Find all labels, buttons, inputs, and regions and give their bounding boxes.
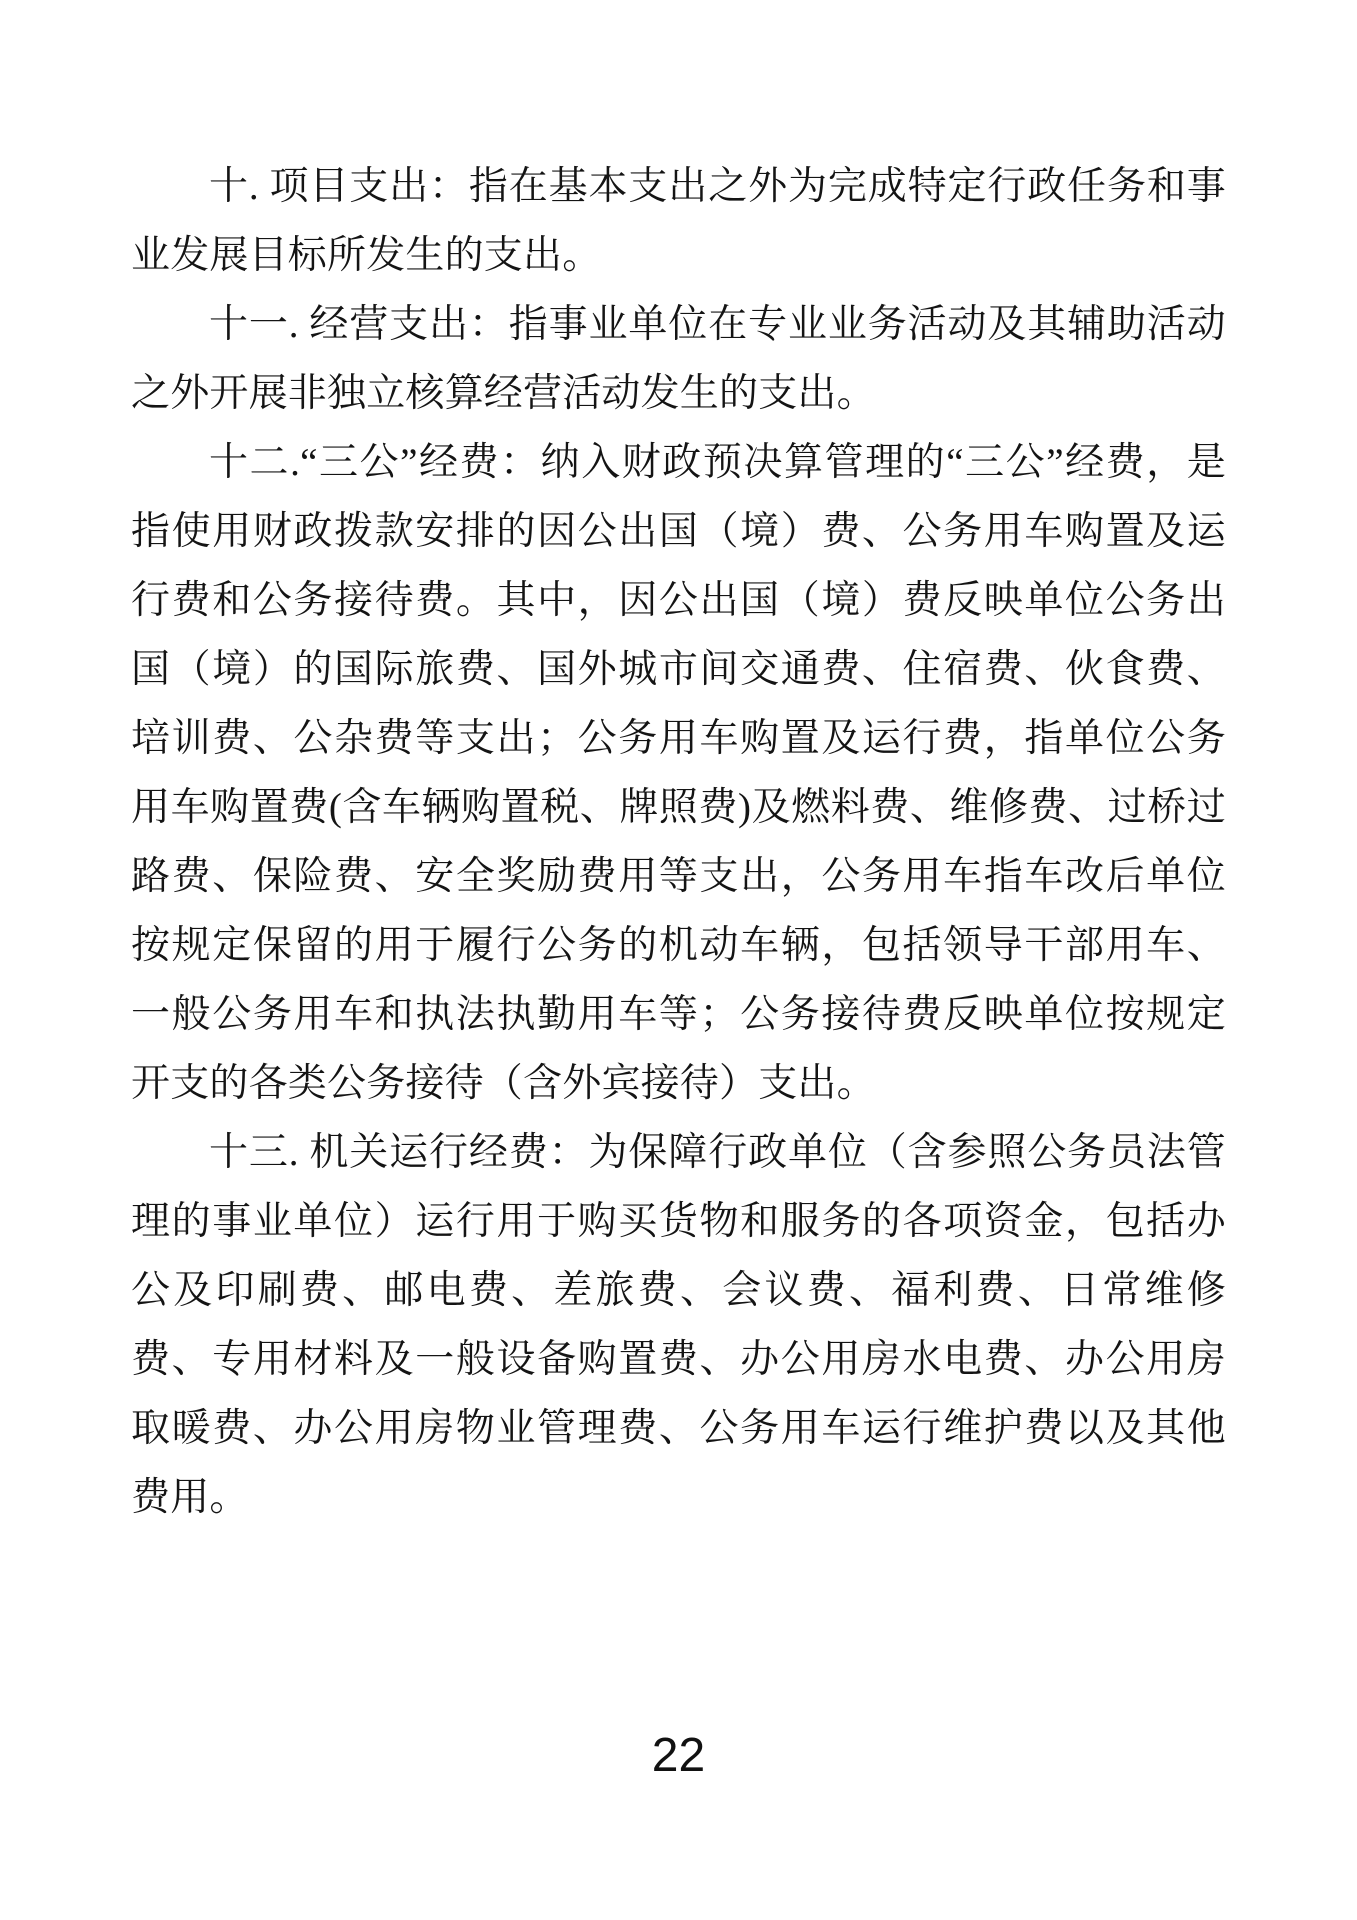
- paragraph-item-12: 十二.“三公”经费：纳入财政预决算管理的“三公”经费，是指使用财政拨款安排的因公…: [131, 428, 1226, 1118]
- document-text-block: 十. 项目支出：指在基本支出之外为完成特定行政任务和事业发展目标所发生的支出。 …: [131, 152, 1226, 1532]
- paragraph-item-11: 十一. 经营支出：指事业单位在专业业务活动及其辅助活动之外开展非独立核算经营活动…: [131, 290, 1226, 428]
- paragraph-item-10: 十. 项目支出：指在基本支出之外为完成特定行政任务和事业发展目标所发生的支出。: [131, 152, 1226, 290]
- document-page: 十. 项目支出：指在基本支出之外为完成特定行政任务和事业发展目标所发生的支出。 …: [0, 0, 1357, 1920]
- page-number: 22: [0, 1728, 1357, 1783]
- paragraph-item-13: 十三. 机关运行经费：为保障行政单位（含参照公务员法管理的事业单位）运行用于购买…: [131, 1118, 1226, 1532]
